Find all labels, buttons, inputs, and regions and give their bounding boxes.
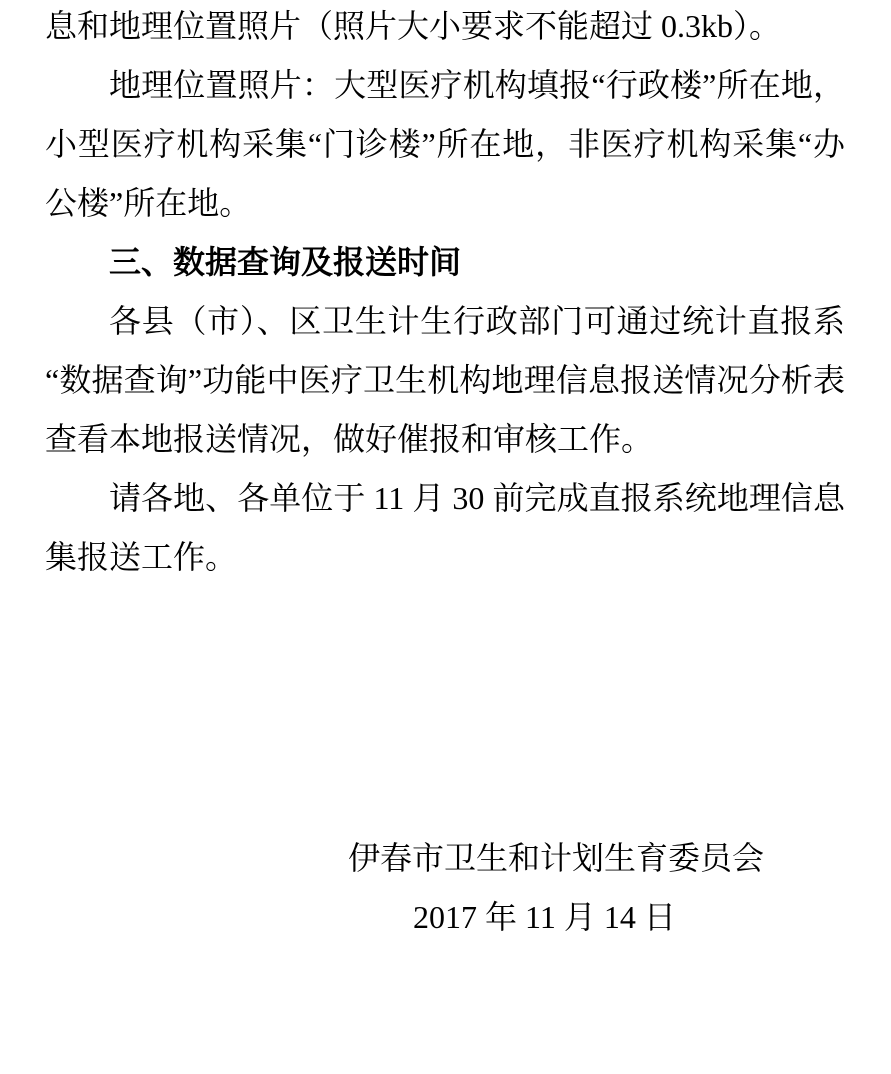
signature-date: 2017 年 11 月 14 日 xyxy=(0,888,891,947)
signature-org: 伊春市卫生和计划生育委员会 xyxy=(0,829,891,888)
document-body: 息和地理位置照片（照片大小要求不能超过 0.3kb）。地理位置照片：大型医疗机构… xyxy=(45,0,845,587)
text-line: “数据查询”功能中医疗卫生机构地理信息报送情况分析表 xyxy=(45,351,845,410)
section-heading: 三、数据查询及报送时间 xyxy=(45,233,845,292)
text-line: 地理位置照片：大型医疗机构填报“行政楼”所在地， xyxy=(45,56,845,115)
text-line: 息和地理位置照片（照片大小要求不能超过 0.3kb）。 xyxy=(45,0,845,56)
signature-block: 伊春市卫生和计划生育委员会 2017 年 11 月 14 日 xyxy=(0,829,891,947)
text-line: 小型医疗机构采集“门诊楼”所在地，非医疗机构采集“办 xyxy=(45,115,845,174)
text-line: 请各地、各单位于 11 月 30 前完成直报系统地理信息采 xyxy=(45,469,845,528)
document-page: 息和地理位置照片（照片大小要求不能超过 0.3kb）。地理位置照片：大型医疗机构… xyxy=(0,0,891,1074)
text-line: 集报送工作。 xyxy=(45,528,845,587)
text-line: 各县（市）、区卫生计生行政部门可通过统计直报系统 xyxy=(45,292,845,351)
text-line: 公楼”所在地。 xyxy=(45,174,845,233)
text-line: 查看本地报送情况，做好催报和审核工作。 xyxy=(45,410,845,469)
